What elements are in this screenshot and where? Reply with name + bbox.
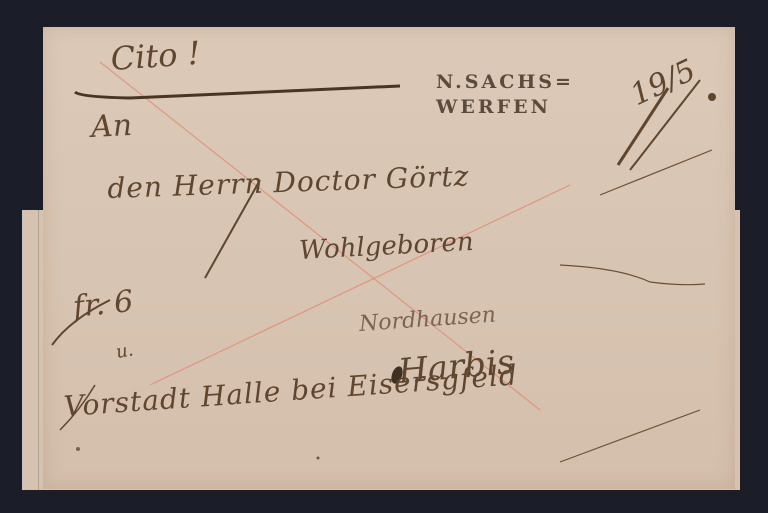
- letter-photograph: N.SACHS= WERFEN Cito ! An 19/5 den Herrn…: [0, 0, 768, 513]
- postmark-stamp: N.SACHS= WERFEN: [436, 70, 574, 120]
- postmark-line1: N.SACHS=: [436, 70, 574, 95]
- handwriting-franking: fr. 6: [71, 284, 135, 325]
- handwriting-cito: Cito !: [109, 34, 201, 78]
- postmark-line2: WERFEN: [436, 95, 574, 120]
- handwriting-salutation: An: [90, 108, 133, 145]
- handwriting-franking-sub: u.: [114, 339, 135, 363]
